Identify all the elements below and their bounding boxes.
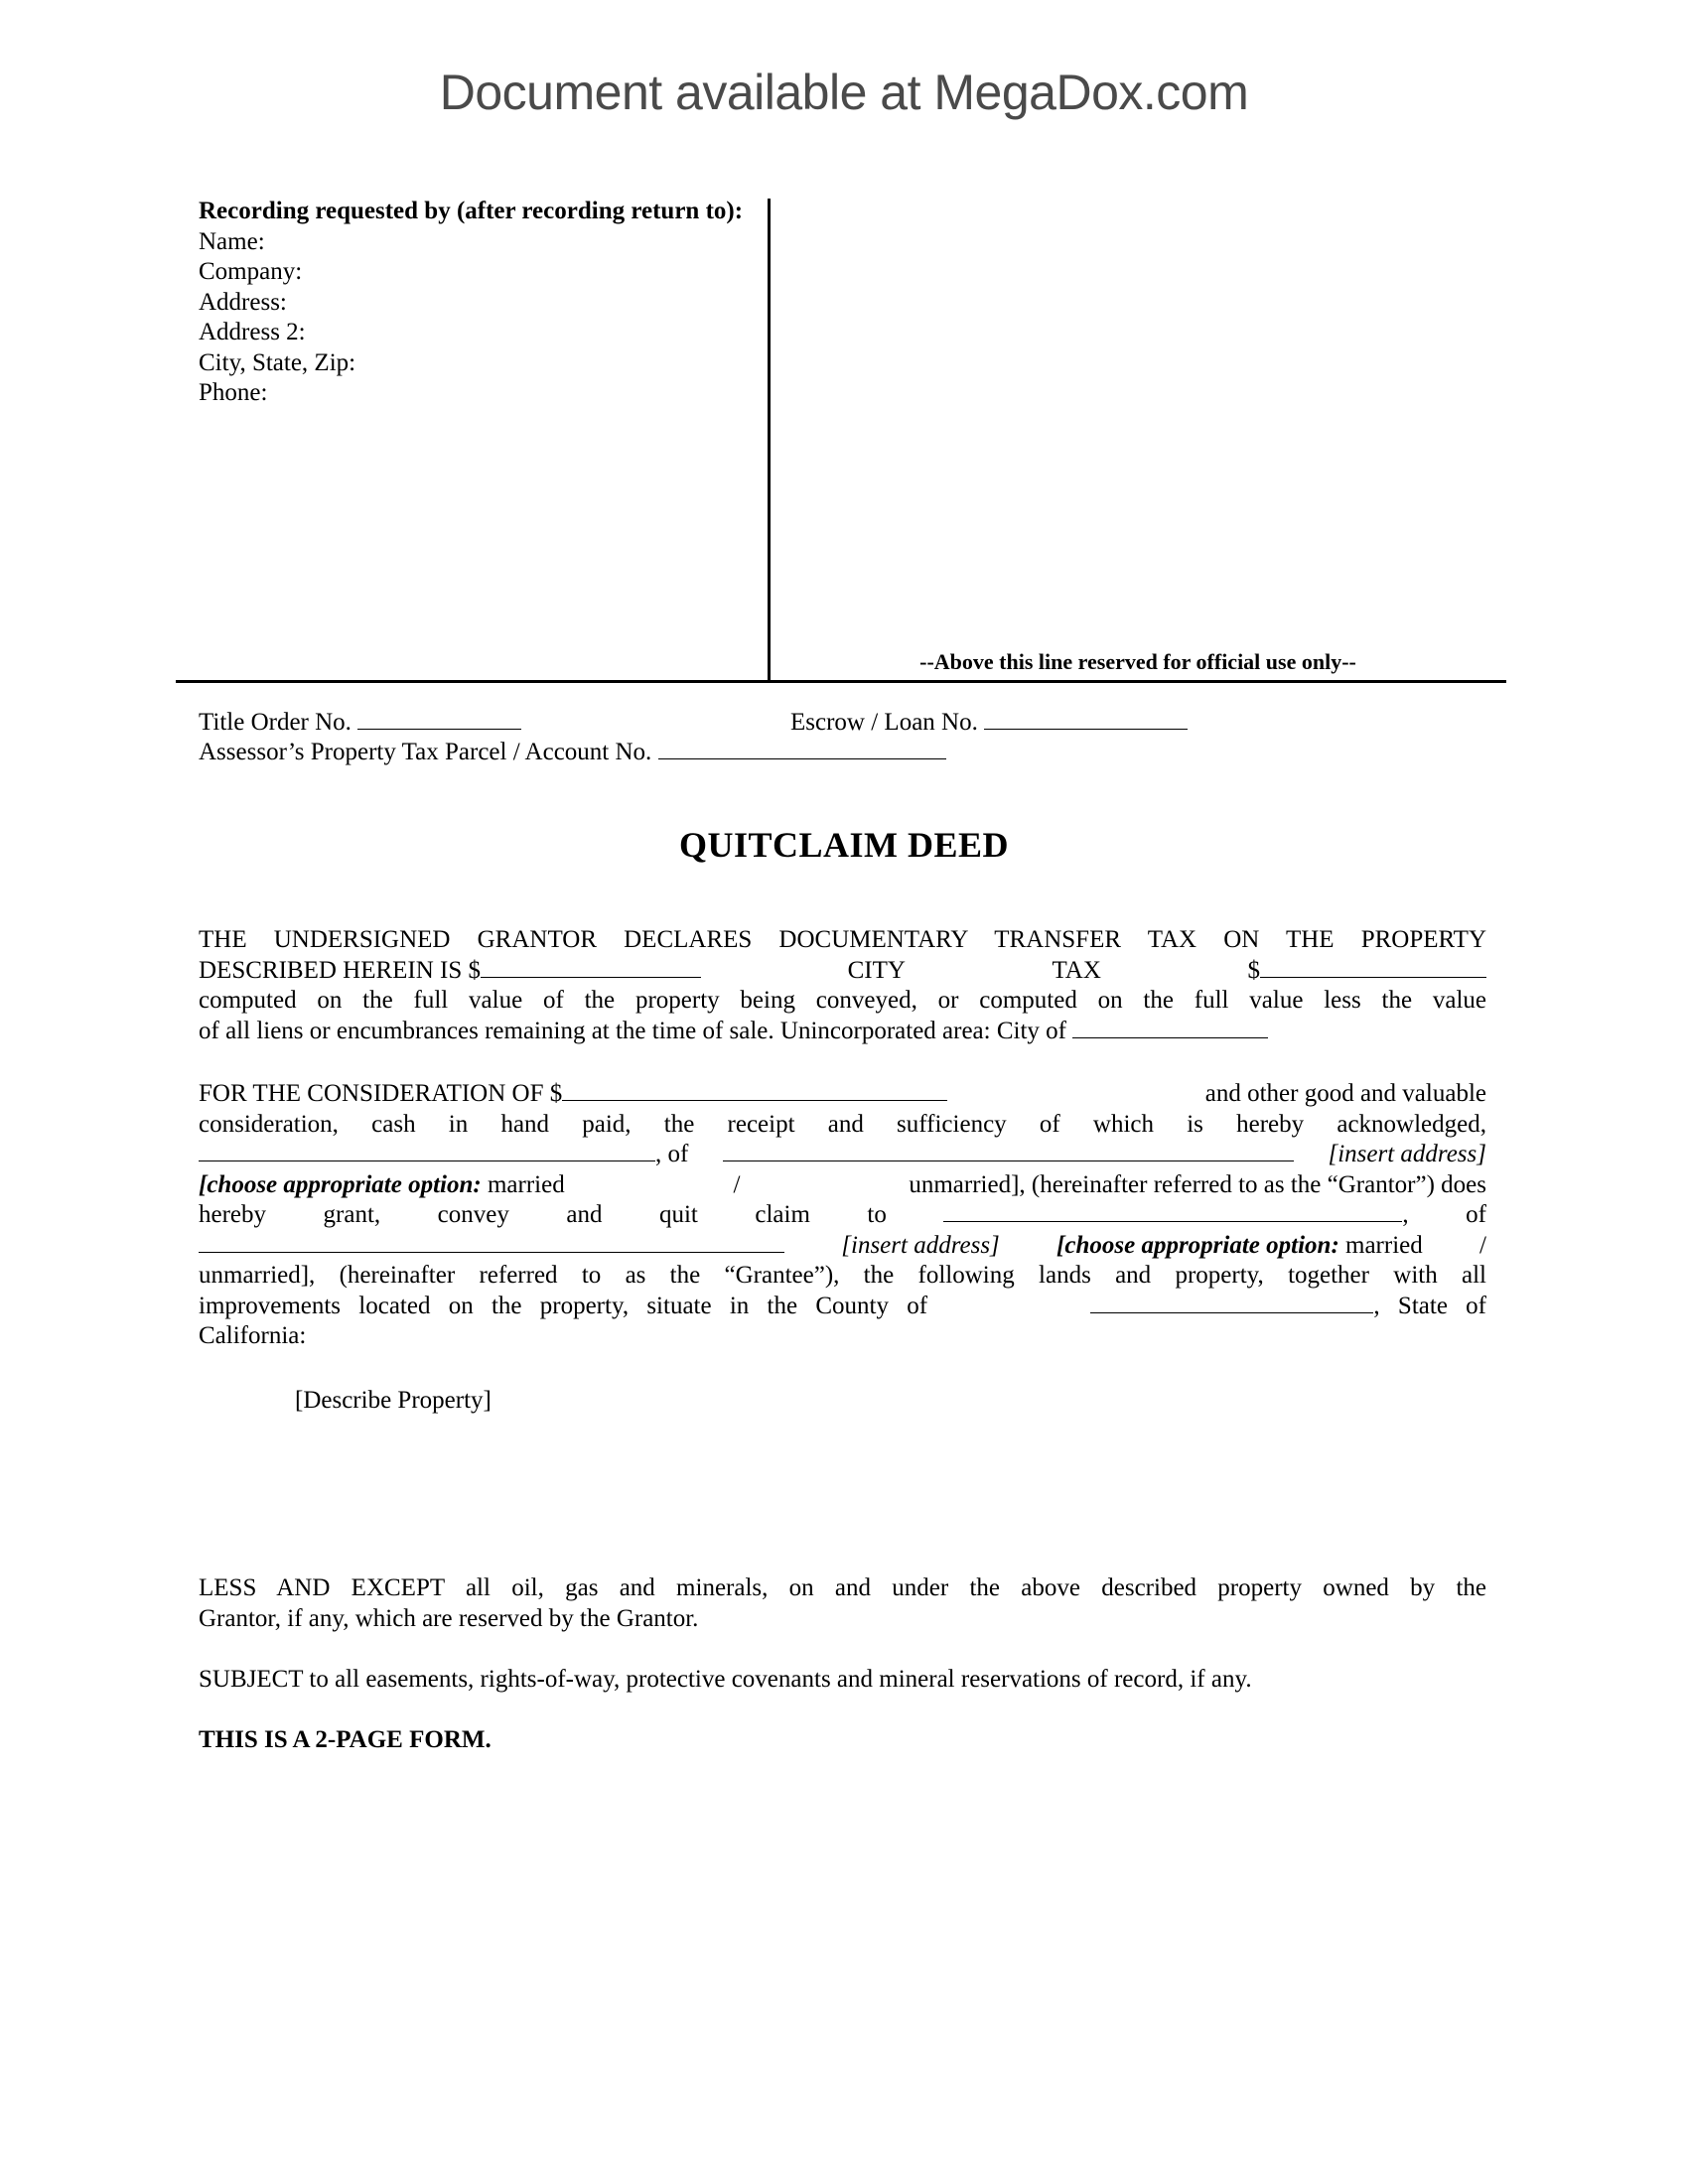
describe-property-placeholder: [Describe Property] — [295, 1387, 492, 1415]
consideration-line-6: [insert address] [choose appropriate opt… — [199, 1231, 1486, 1262]
documentary-tax-blank[interactable] — [481, 957, 701, 978]
assessor-label: Assessor’s Property Tax Parcel / Account… — [199, 739, 651, 765]
word: quit — [659, 1200, 698, 1231]
consideration-line-1: FOR THE CONSIDERATION OF $ and other goo… — [199, 1079, 1486, 1110]
word: claim — [755, 1200, 810, 1231]
consideration-line-9: California: — [199, 1321, 1486, 1352]
option-separator: / — [734, 1170, 741, 1201]
word: hereby — [199, 1200, 266, 1231]
title-order-label: Title Order No. — [199, 709, 352, 736]
consideration-line-2: consideration, cash in hand paid, the re… — [199, 1110, 1486, 1141]
assessor-blank[interactable] — [658, 739, 946, 759]
consideration-line-7: unmarried], (hereinafter referred to as … — [199, 1261, 1486, 1292]
recording-requested-block: Recording requested by (after recording … — [199, 197, 753, 409]
state-of-label: , State of — [1373, 1293, 1486, 1319]
escrow-loan-blank[interactable] — [984, 709, 1188, 730]
consideration-amount-blank[interactable] — [562, 1080, 947, 1101]
consideration-line-5: hereby grant, convey and quit claim to ,… — [199, 1200, 1486, 1231]
transfer-tax-line-4: of all liens or encumbrances remaining a… — [199, 1017, 1486, 1047]
word: convey — [438, 1200, 509, 1231]
choose-option-hint: [choose appropriate option: — [199, 1171, 482, 1198]
grantee-name-blank[interactable] — [943, 1201, 1402, 1222]
watermark-banner: Document available at MegaDox.com — [0, 64, 1688, 121]
consideration-line-4: [choose appropriate option: married / un… — [199, 1170, 1486, 1201]
field-address2-label: Address 2: — [199, 318, 753, 348]
two-page-notice: THIS IS A 2-PAGE FORM. — [199, 1725, 1486, 1756]
less-except-line-2: Grantor, if any, which are reserved by t… — [199, 1604, 1486, 1635]
official-use-notice: --Above this line reserved for official … — [771, 649, 1505, 675]
consideration-label: FOR THE CONSIDERATION OF $ — [199, 1080, 562, 1107]
insert-address-hint: [insert address] — [1328, 1140, 1486, 1170]
word: grant, — [324, 1200, 381, 1231]
city-tax-blank[interactable] — [1260, 957, 1486, 978]
subject-lead: SUBJECT — [199, 1666, 303, 1693]
option-separator: / — [1479, 1231, 1486, 1262]
grantor-definition: unmarried], (hereinafter referred to as … — [909, 1170, 1486, 1201]
field-address-label: Address: — [199, 288, 753, 319]
word: and — [566, 1200, 602, 1231]
less-and-except-paragraph: LESS AND EXCEPT all oil, gas and mineral… — [199, 1573, 1486, 1634]
transfer-tax-line-2: DESCRIBED HEREIN IS $ CITY TAX $ — [199, 956, 1486, 987]
insert-address-hint: [insert address] — [841, 1231, 1000, 1262]
reference-row-2: Assessor’s Property Tax Parcel / Account… — [199, 738, 946, 767]
transfer-tax-line-3: computed on the full value of the proper… — [199, 986, 1486, 1017]
less-except-lead: LESS AND EXCEPT — [199, 1574, 445, 1601]
choose-option-hint: [choose appropriate option: — [1056, 1232, 1339, 1259]
recording-title: Recording requested by (after recording … — [199, 197, 753, 227]
of-label: , of — [655, 1141, 688, 1167]
grantee-address-blank[interactable] — [199, 1232, 784, 1253]
transfer-tax-paragraph: THE UNDERSIGNED GRANTOR DECLARES DOCUMEN… — [199, 925, 1486, 1046]
field-city-state-zip-label: City, State, Zip: — [199, 348, 753, 379]
county-blank[interactable] — [1090, 1293, 1373, 1313]
of-label: of — [1466, 1200, 1486, 1231]
reference-row-escrow: Escrow / Loan No. — [790, 708, 1188, 738]
title-order-blank[interactable] — [357, 709, 521, 730]
subject-line: SUBJECT to all easements, rights-of-way,… — [199, 1665, 1486, 1696]
document-title: QUITCLAIM DEED — [0, 824, 1688, 866]
grantor-address-blank[interactable] — [723, 1141, 1294, 1161]
married-option: married — [1345, 1232, 1423, 1259]
word: to — [867, 1200, 886, 1231]
unincorporated-label: of all liens or encumbrances remaining a… — [199, 1018, 1066, 1044]
county-label: improvements located on the property, si… — [199, 1292, 927, 1322]
city-of-blank[interactable] — [1072, 1018, 1268, 1038]
consideration-line-8: improvements located on the property, si… — [199, 1292, 1486, 1322]
subject-paragraph: SUBJECT to all easements, rights-of-way,… — [199, 1665, 1486, 1696]
reference-row-1: Title Order No. — [199, 708, 521, 738]
consideration-suffix: and other good and valuable — [1205, 1079, 1486, 1110]
subject-text: to all easements, rights-of-way, protect… — [303, 1666, 1251, 1693]
official-use-rule — [176, 680, 1506, 683]
consideration-paragraph: FOR THE CONSIDERATION OF $ and other goo… — [199, 1079, 1486, 1352]
city-label: CITY — [848, 956, 906, 987]
less-except-line-1: LESS AND EXCEPT all oil, gas and mineral… — [199, 1573, 1486, 1604]
less-except-text: all oil, gas and minerals, on and under … — [445, 1574, 1486, 1601]
field-company-label: Company: — [199, 257, 753, 288]
consideration-line-3: , of [insert address] — [199, 1140, 1486, 1170]
tax-label: TAX — [1053, 956, 1101, 987]
grantor-name-blank[interactable] — [199, 1141, 655, 1161]
married-option: married — [488, 1171, 565, 1198]
escrow-loan-label: Escrow / Loan No. — [790, 709, 978, 736]
described-herein-label: DESCRIBED HEREIN IS $ — [199, 957, 481, 984]
field-phone-label: Phone: — [199, 378, 753, 409]
field-name-label: Name: — [199, 227, 753, 258]
vertical-divider — [768, 199, 771, 682]
transfer-tax-line-1: THE UNDERSIGNED GRANTOR DECLARES DOCUMEN… — [199, 925, 1486, 956]
dollar-sign: $ — [1248, 957, 1261, 984]
